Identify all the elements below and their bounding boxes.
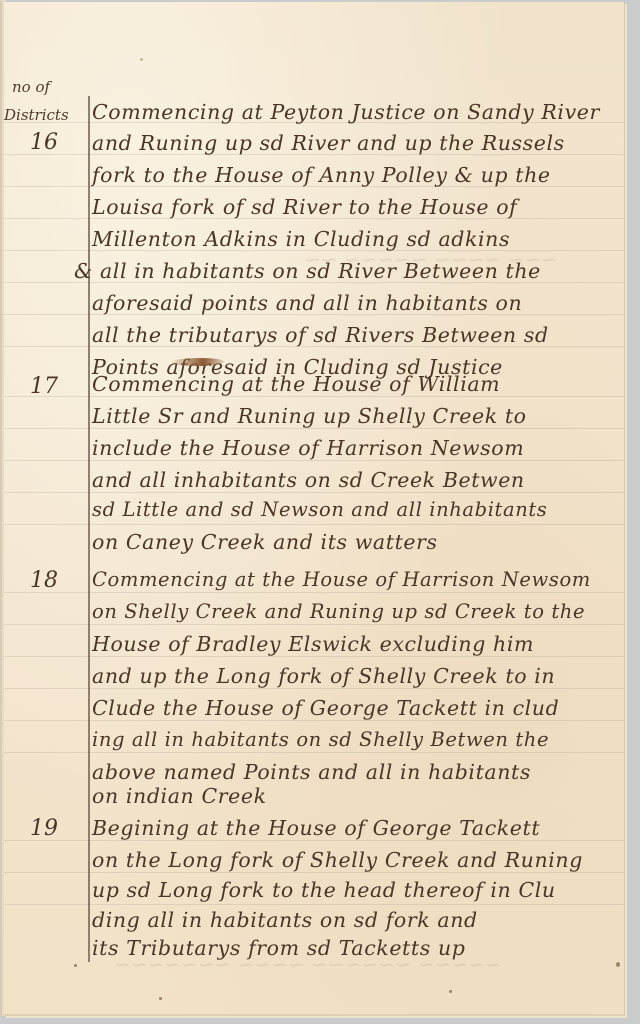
entry-line: & all in habitants on sd River Between t… [74, 259, 541, 283]
entry-line: Little Sr and Runing up Shelly Creek to [92, 404, 527, 428]
foxing-speck [449, 990, 452, 993]
entry-line: sd Little and sd Newson and all inhabita… [92, 498, 547, 521]
ruled-line [4, 720, 624, 721]
entry-line: Millenton Adkins in Cluding sd adkins [92, 227, 510, 251]
entry-line: Commencing at the House of William [92, 372, 500, 396]
ruled-line [4, 396, 624, 397]
ruled-line [4, 752, 624, 753]
entry-line: ding all in habitants on sd fork and [92, 908, 478, 932]
ruled-line [4, 624, 624, 625]
entry-line: Louisa fork of sd River to the House of [92, 195, 517, 219]
entry-line: all the tributarys of sd Rivers Between … [92, 323, 549, 347]
ruled-line [4, 904, 624, 905]
ruled-line [4, 592, 624, 593]
entry-line: up sd Long fork to the head thereof in C… [92, 878, 556, 902]
ruled-line [4, 492, 624, 493]
foxing-speck [616, 962, 620, 967]
entry-line: Clude the House of George Tackett in clu… [92, 696, 559, 720]
entry-line: above named Points and all in habitants [92, 760, 531, 784]
entry-line: House of Bradley Elswick excluding him [92, 632, 534, 656]
ruled-line [4, 840, 624, 841]
district-number: 18 [30, 568, 58, 593]
ruled-line [4, 524, 624, 525]
ruled-line [4, 428, 624, 429]
entry-line: and Runing up sd River and up the Russel… [92, 131, 565, 155]
entry-line: include the House of Harrison Newsom [92, 436, 524, 460]
entry-line: fork to the House of Anny Polley & up th… [92, 163, 551, 187]
ruled-line [4, 688, 624, 689]
entry-line: on the Long fork of Shelly Creek and Run… [92, 848, 583, 872]
district-number: 16 [30, 130, 58, 155]
entry-line: on indian Creek [92, 784, 267, 808]
manuscript-page: ~~~ ~~~~ ~~~~~ ~~ ~~~~~ ~~~~~~ ~~~~ ~~~~… [4, 2, 625, 1016]
ruled-line [4, 460, 624, 461]
ruled-line [4, 656, 624, 657]
district-number: 17 [30, 374, 58, 399]
column-header-districts: Districts [4, 106, 69, 124]
foxing-speck [159, 997, 162, 1000]
entry-line: and all inhabitants on sd Creek Betwen [92, 468, 525, 492]
foxing-speck [140, 58, 143, 61]
margin-rule [88, 96, 90, 962]
entry-line: ing all in habitants on sd Shelly Betwen… [92, 728, 549, 751]
column-header-no-of: no of [12, 78, 50, 96]
entry-line: Commencing at the House of Harrison News… [92, 568, 591, 591]
district-number: 19 [30, 816, 58, 841]
entry-line: Commencing at Peyton Justice on Sandy Ri… [92, 100, 600, 124]
entry-line: its Tributarys from sd Tacketts up [92, 936, 465, 960]
entry-line: on Caney Creek and its watters [92, 530, 438, 554]
entry-line: on Shelly Creek and Runing up sd Creek t… [92, 600, 585, 623]
entry-line: and up the Long fork of Shelly Creek to … [92, 664, 555, 688]
entry-line: aforesaid points and all in habitants on [92, 291, 522, 315]
ruled-line [4, 872, 624, 873]
foxing-speck [74, 964, 77, 967]
entry-line: Begining at the House of George Tackett [92, 816, 540, 840]
